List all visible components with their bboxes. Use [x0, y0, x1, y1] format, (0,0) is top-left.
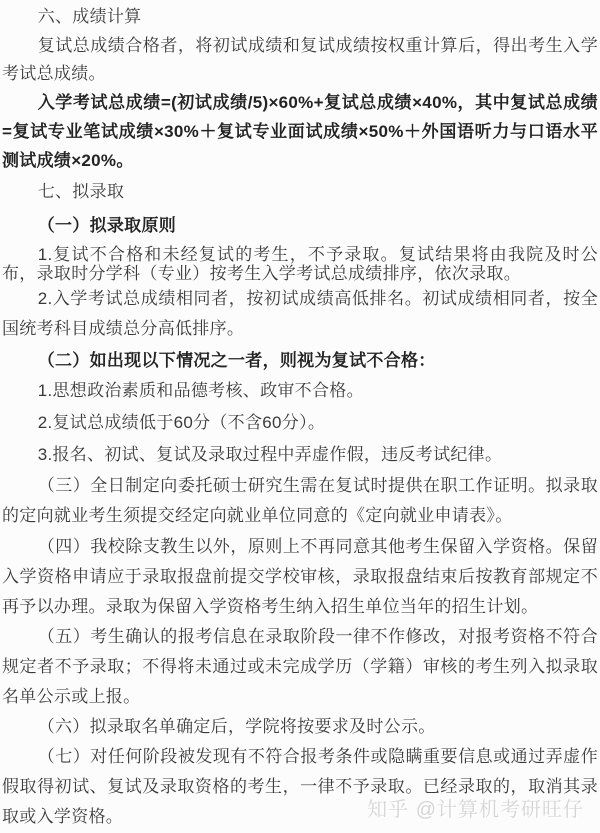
para-admission-list-publicity: （六）拟录取名单确定后，学院将按要求及时公示。: [2, 712, 598, 742]
document-page: 六、成绩计算 复试总成绩合格者，将初试成绩和复试成绩按权重计算后，得出考生入学考…: [0, 0, 600, 833]
section-heading-score-calculation: 六、成绩计算: [2, 2, 598, 32]
para-admission-principle-1: 1.复试不合格和未经复试的考生，不予录取。复试结果将由我院及时公布，录取时分学科…: [2, 245, 598, 283]
document-body: 六、成绩计算 复试总成绩合格者，将初试成绩和复试成绩按权重计算后，得出考生入学考…: [2, 2, 598, 832]
para-fail-condition-3: 3.报名、初试、复试及录取过程中弄虚作假，违反考试纪律。: [2, 440, 598, 470]
para-fail-condition-2: 2.复试总成绩低于60分（不含60分）。: [2, 408, 598, 438]
para-directed-employment: （三）全日制定向委托硕士研究生需在复试时提供在职工作证明。拟录取的定向就业考生须…: [2, 471, 598, 531]
subheading-admission-principles: （一）拟录取原则: [2, 211, 598, 241]
para-info-no-modification: （五）考生确认的报考信息在录取阶段一律不作修改，对报考资格不符合规定者不予录取；…: [2, 622, 598, 712]
subheading-retest-fail-conditions: （二）如出现以下情况之一者，则视为复试不合格：: [2, 346, 598, 376]
para-score-combination: 复试总成绩合格者，将初试成绩和复试成绩按权重计算后，得出考生入学考试总成绩。: [2, 32, 598, 88]
para-fail-condition-1: 1.思想政治素质和品德考核、政审不合格。: [2, 376, 598, 406]
para-admission-principle-2: 2.入学考试总成绩相同者，按初试成绩高低排名。初试成绩相同者，按全国统考科目成绩…: [2, 284, 598, 344]
para-total-score-formula: 入学考试总成绩=(初试成绩/5)×60%+复试总成绩×40%，其中复试总成绩=复…: [2, 88, 598, 175]
para-deferred-enrollment: （四）我校除支教生以外，原则上不再同意其他考生保留入学资格。保留入学资格申请应于…: [2, 532, 598, 622]
para-fraud-disqualification: （七）对任何阶段被发现有不符合报考条件或隐瞒重要信息或通过弄虚作假取得初试、复试…: [2, 742, 598, 832]
section-heading-proposed-admission: 七、拟录取: [2, 177, 598, 207]
